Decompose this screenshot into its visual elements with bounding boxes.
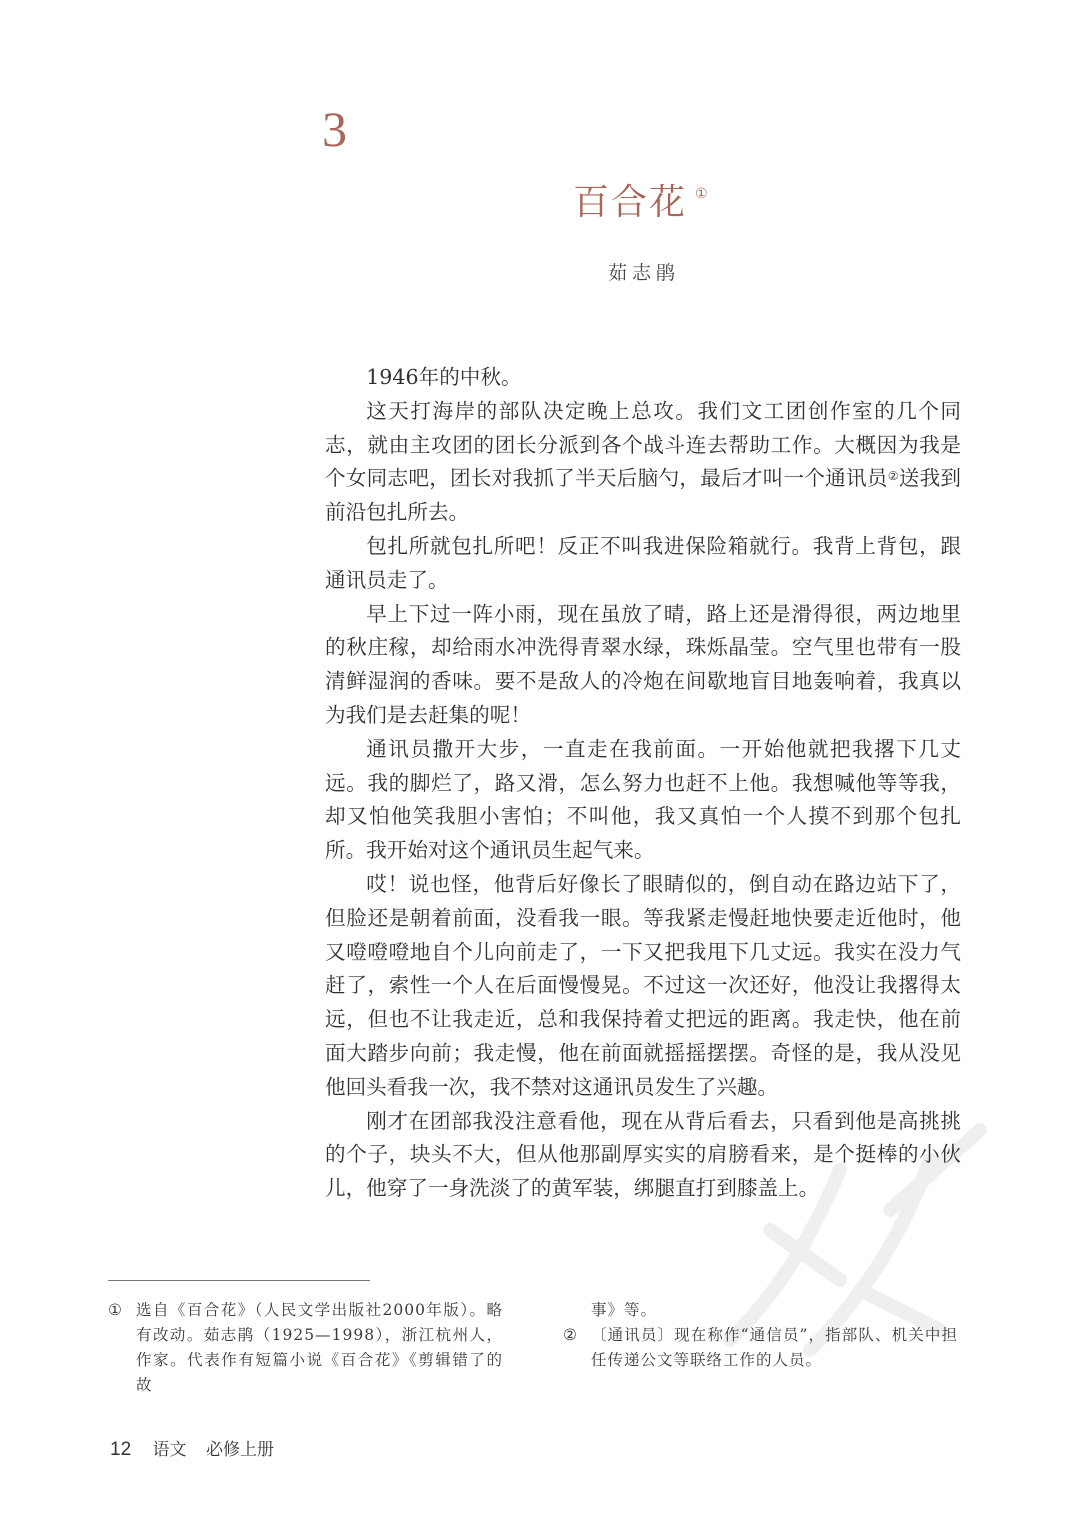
paragraph: 1946年的中秋。 bbox=[325, 361, 961, 395]
paragraph: 刚才在团部我没注意看他，现在从背后看去，只看到他是高挑挑的个子，块头不大，但从他… bbox=[325, 1105, 961, 1206]
book-subject: 语文 bbox=[153, 1440, 187, 1460]
title-text: 百合花 bbox=[573, 182, 687, 223]
paragraph-text: 这天打海岸的部队决定晚上总攻。我们文工团创作室的几个同志，就由主攻团的团长分派到… bbox=[325, 399, 961, 491]
footnote-divider bbox=[108, 1280, 370, 1281]
article-body: 1946年的中秋。 这天打海岸的部队决定晚上总攻。我们文工团创作室的几个同志，就… bbox=[325, 361, 961, 1206]
book-volume: 必修上册 bbox=[206, 1440, 274, 1460]
footnotes-left-column: ① 选自《百合花》（人民文学出版社2000年版）。略有改动。茹志鹃（1925—1… bbox=[108, 1298, 503, 1398]
page-number: 12 bbox=[110, 1439, 131, 1460]
title-footnote-ref[interactable]: ① bbox=[695, 186, 710, 202]
footnote-text: 选自《百合花》（人民文学出版社2000年版）。略有改动。茹志鹃（1925—199… bbox=[136, 1301, 503, 1394]
paragraph: 包扎所就包扎所吧！反正不叫我进保险箱就行。我背上背包，跟通讯员走了。 bbox=[325, 530, 961, 598]
footnote-1-continuation: 事》等。 bbox=[563, 1298, 958, 1323]
footnote-text: 〔通讯员〕现在称作“通信员”，指部队、机关中担任传递公文等联络工作的人员。 bbox=[591, 1326, 958, 1369]
paragraph: 哎！说也怪，他背后好像长了眼睛似的，倒自动在路边站下了，但脸还是朝着前面，没看我… bbox=[325, 868, 961, 1105]
footnote-marker: ① bbox=[108, 1298, 123, 1323]
footnote-marker: ② bbox=[563, 1323, 578, 1348]
page-title: 百合花① bbox=[573, 183, 710, 223]
lesson-number: 3 bbox=[322, 104, 347, 154]
paragraph: 这天打海岸的部队决定晚上总攻。我们文工团创作室的几个同志，就由主攻团的团长分派到… bbox=[325, 395, 961, 530]
footnotes-right-column: 事》等。 ② 〔通讯员〕现在称作“通信员”，指部队、机关中担任传递公文等联络工作… bbox=[563, 1298, 958, 1373]
page-footer: 12 语文 必修上册 bbox=[110, 1435, 274, 1461]
footnote-2: ② 〔通讯员〕现在称作“通信员”，指部队、机关中担任传递公文等联络工作的人员。 bbox=[563, 1323, 958, 1373]
paragraph: 通讯员撒开大步，一直走在我前面。一开始他就把我撂下几丈远。我的脚烂了，路又滑，怎… bbox=[325, 733, 961, 868]
author-name: 茹志鹃 bbox=[608, 258, 680, 285]
paragraph: 早上下过一阵小雨，现在虽放了晴，路上还是滑得很，两边地里的秋庄稼，却给雨水冲洗得… bbox=[325, 598, 961, 733]
footnote-ref-2[interactable]: ② bbox=[888, 469, 899, 483]
footnote-1: ① 选自《百合花》（人民文学出版社2000年版）。略有改动。茹志鹃（1925—1… bbox=[108, 1298, 503, 1398]
